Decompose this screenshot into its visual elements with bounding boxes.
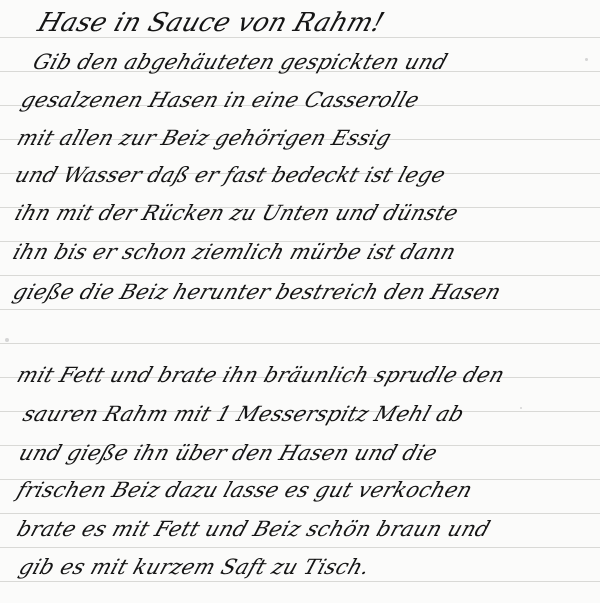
text-line-12: brate es mit Fett und Beiz schön braun u… bbox=[14, 517, 600, 541]
text-line-11: frischen Beiz dazu lasse es gut verkoche… bbox=[14, 478, 600, 502]
handwritten-page: Hase in Sauce von Rahm! Gib den abgehäut… bbox=[0, 0, 600, 603]
text-line-4: und Wasser daß er fast bedeckt ist lege bbox=[12, 163, 600, 187]
text-line-13: gib es mit kurzem Saft zu Tisch. bbox=[16, 555, 600, 579]
text-line-1: Gib den abgehäuteten gespickten und bbox=[30, 50, 600, 74]
text-line-5: ihn mit der Rücken zu Unten und dünste bbox=[12, 201, 600, 225]
text-line-6: ihn bis er schon ziemlich mürbe ist dann bbox=[10, 240, 600, 264]
paper-speck bbox=[5, 338, 9, 342]
text-line-7: gieße die Beiz herunter bestreich den Ha… bbox=[10, 280, 600, 304]
text-line-3: mit allen zur Beiz gehörigen Essig bbox=[14, 126, 600, 150]
text-line-2: gesalzenen Hasen in eine Casserolle bbox=[18, 88, 600, 112]
text-line-9: sauren Rahm mit 1 Messerspitz Mehl ab bbox=[20, 402, 600, 426]
text-line-10: und gieße ihn über den Hasen und die bbox=[16, 441, 600, 465]
recipe-title: Hase in Sauce von Rahm! bbox=[34, 8, 600, 38]
text-line-8: mit Fett und brate ihn bräunlich sprudle… bbox=[14, 363, 600, 387]
